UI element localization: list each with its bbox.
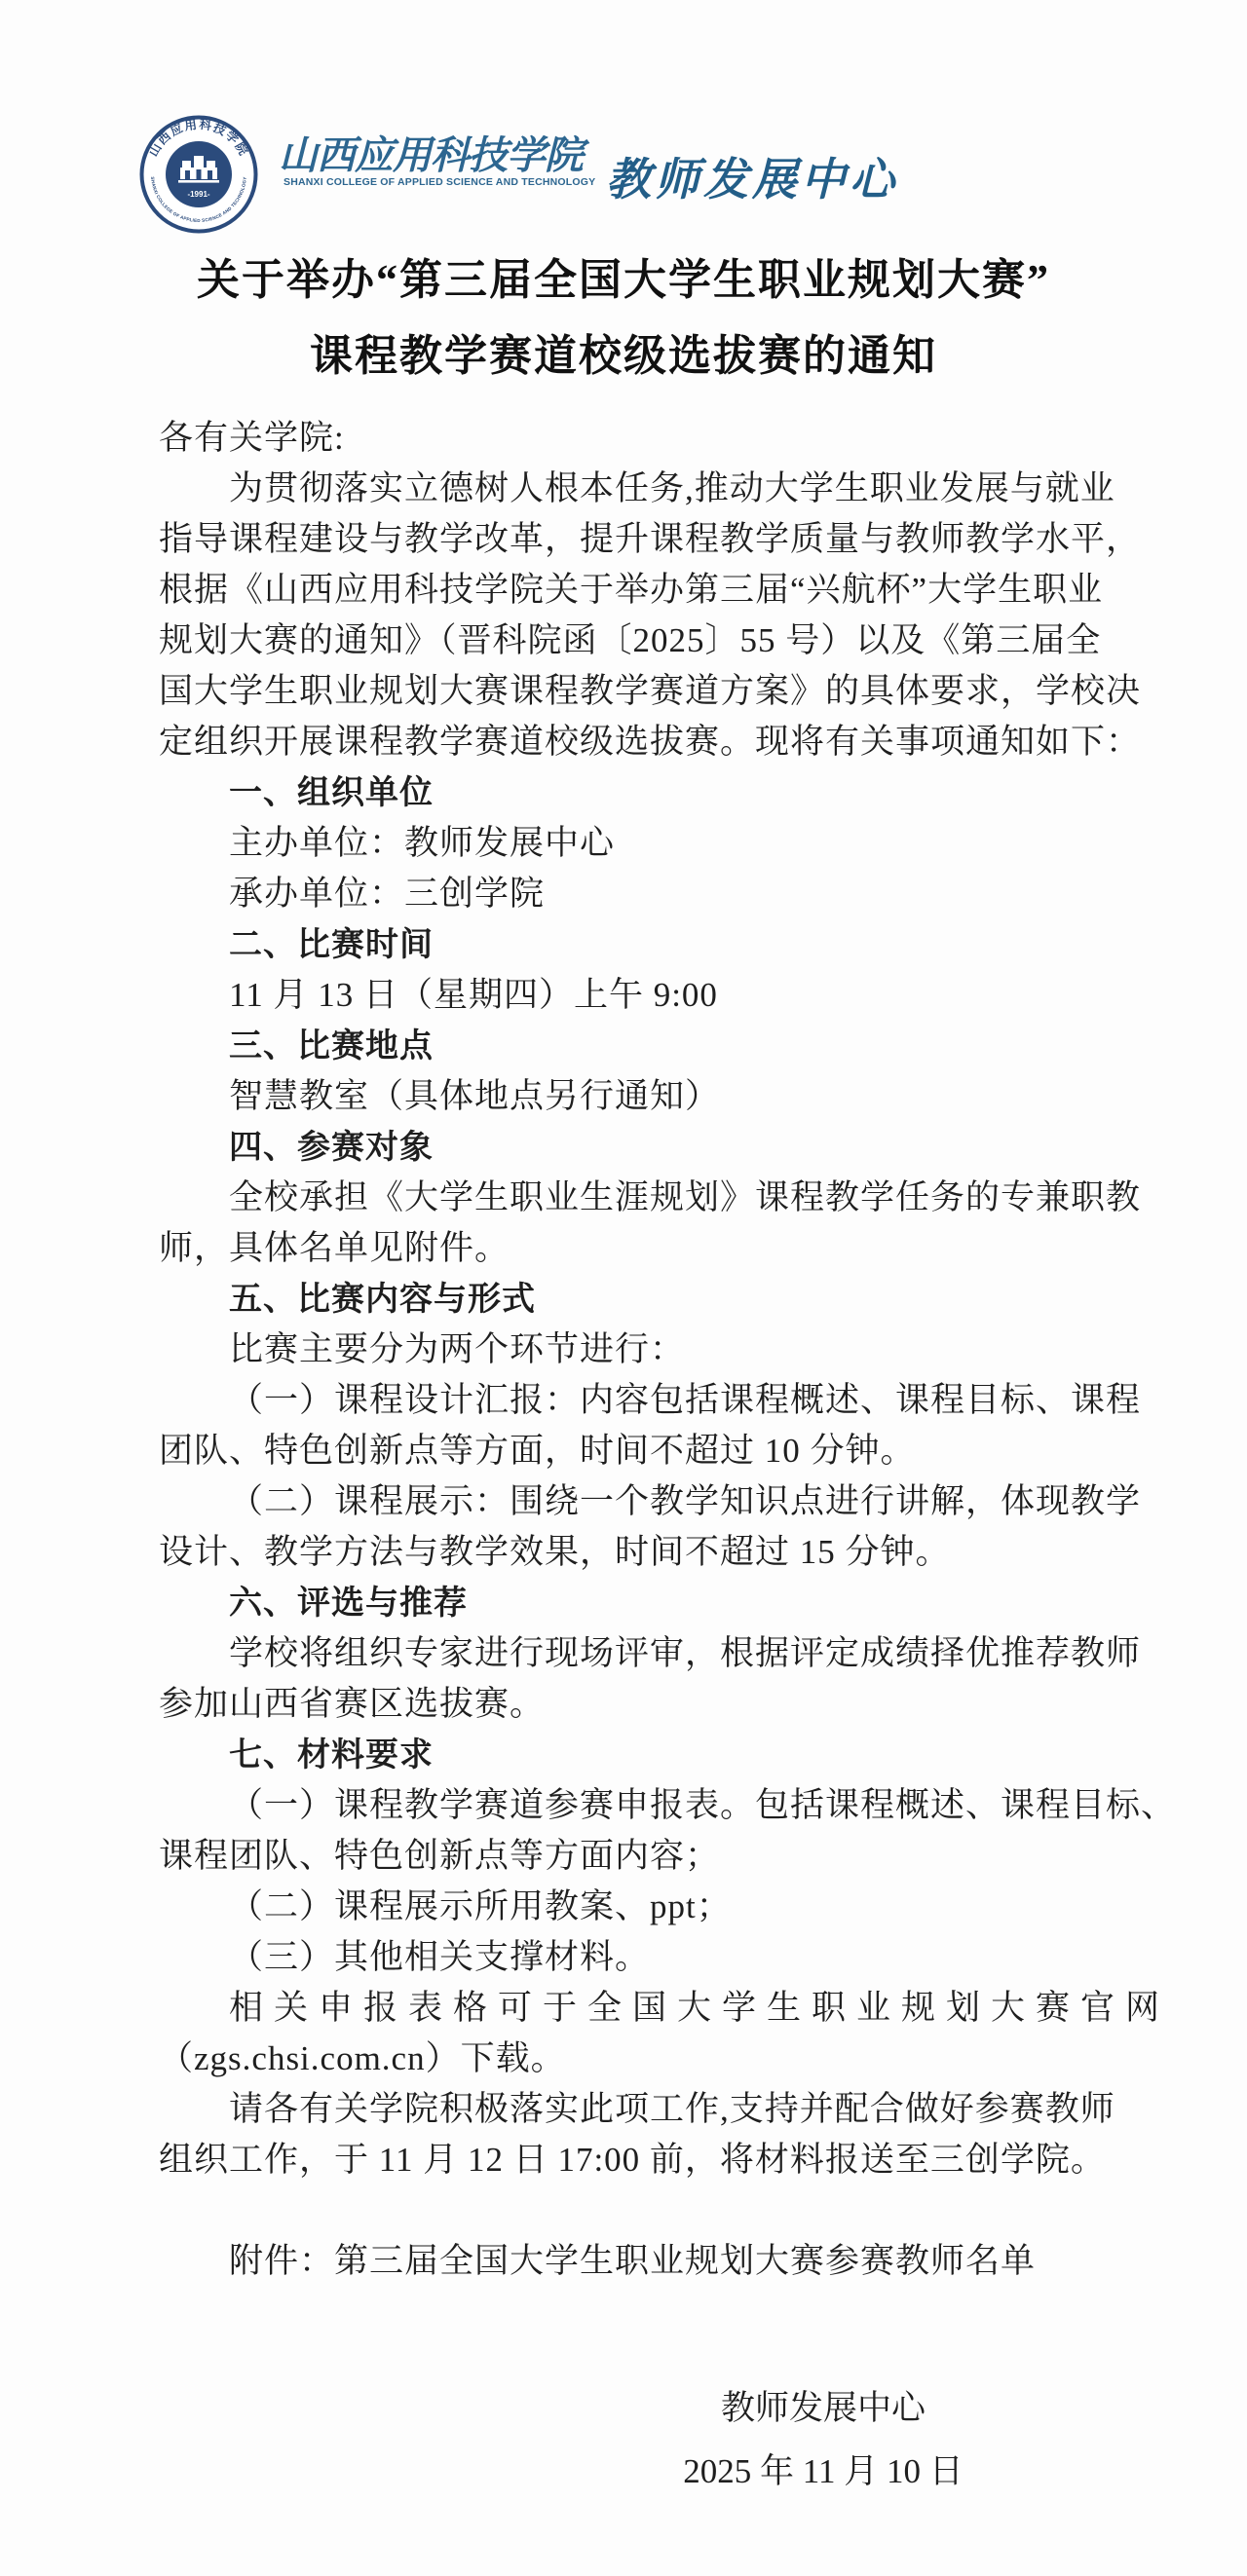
body-line: 全校承担《大学生职业生涯规划》课程教学任务的专兼职教 bbox=[159, 1173, 1162, 1223]
section-heading: 六、评选与推荐 bbox=[159, 1578, 1162, 1628]
body-line: 相关申报表格可于全国大学生职业规划大赛官网 bbox=[159, 1983, 1162, 2034]
school-name-calligraphy: 山西应用科技学院 bbox=[279, 125, 590, 180]
signature-org: 教师发展中心 bbox=[628, 2376, 1018, 2440]
document-page: 山西应用科技学院 SHANXI COLLEGE OF APPLIED SCIEN… bbox=[0, 0, 1247, 2576]
body-line: 各有关学院: bbox=[159, 413, 1162, 464]
school-seal-icon: 山西应用科技学院 SHANXI COLLEGE OF APPLIED SCIEN… bbox=[138, 114, 259, 235]
body-line: 定组织开展课程教学赛道校级选拔赛。现将有关事项通知如下： bbox=[159, 717, 1162, 767]
body-line: 请各有关学院积极落实此项工作,支持并配合做好参赛教师 bbox=[159, 2084, 1162, 2135]
notice-body: 各有关学院:为贯彻落实立德树人根本任务,推动大学生职业发展与就业指导课程建设与教… bbox=[159, 413, 1162, 2287]
body-line: 组织工作，于 11 月 12 日 17:00 前，将材料报送至三创学院。 bbox=[159, 2135, 1162, 2185]
body-line: 师，具体名单见附件。 bbox=[159, 1223, 1162, 1274]
section-heading: 一、组织单位 bbox=[159, 767, 1162, 818]
body-line: 指导课程建设与教学改革，提升课程教学质量与教师教学水平， bbox=[159, 514, 1162, 565]
section-heading: 二、比赛时间 bbox=[159, 919, 1162, 970]
document-title-line1: 关于举办“第三届全国大学生职业规划大赛” bbox=[0, 243, 1247, 318]
signature-date: 2025 年 11 月 10 日 bbox=[628, 2440, 1018, 2503]
signature-block: 教师发展中心 2025 年 11 月 10 日 bbox=[628, 2376, 1018, 2503]
body-line: 11 月 13 日（星期四）上午 9:00 bbox=[159, 970, 1162, 1021]
body-line: 根据《山西应用科技学院关于举办第三届“兴航杯”大学生职业 bbox=[159, 565, 1162, 616]
document-title: 关于举办“第三届全国大学生职业规划大赛” 课程教学赛道校级选拔赛的通知 bbox=[0, 243, 1247, 394]
body-line: 附件：第三届全国大学生职业规划大赛参赛教师名单 bbox=[159, 2236, 1162, 2287]
body-line: 课程团队、特色创新点等方面内容； bbox=[159, 1831, 1162, 1882]
school-name-english: SHANXI COLLEGE OF APPLIED SCIENCE AND TE… bbox=[283, 176, 595, 188]
body-line: 承办单位：三创学院 bbox=[159, 869, 1162, 919]
section-heading: 五、比赛内容与形式 bbox=[159, 1274, 1162, 1325]
body-line: 参加山西省赛区选拔赛。 bbox=[159, 1679, 1162, 1730]
body-line: 智慧教室（具体地点另行通知） bbox=[159, 1071, 1162, 1122]
body-line: 规划大赛的通知》（晋科院函〔2025〕55 号）以及《第三届全 bbox=[159, 616, 1162, 666]
document-title-line2: 课程教学赛道校级选拔赛的通知 bbox=[0, 318, 1247, 394]
letterhead: 山西应用科技学院 SHANXI COLLEGE OF APPLIED SCIEN… bbox=[0, 0, 1247, 243]
body-line: 为贯彻落实立德树人根本任务,推动大学生职业发展与就业 bbox=[159, 464, 1162, 514]
body-line: 比赛主要分为两个环节进行： bbox=[159, 1325, 1162, 1375]
section-heading: 七、材料要求 bbox=[159, 1730, 1162, 1780]
body-line bbox=[159, 2185, 1162, 2236]
section-heading: 三、比赛地点 bbox=[159, 1021, 1162, 1071]
section-heading: 四、参赛对象 bbox=[159, 1122, 1162, 1173]
body-line: 主办单位：教师发展中心 bbox=[159, 818, 1162, 869]
body-line: （二）课程展示所用教案、ppt； bbox=[159, 1882, 1162, 1932]
body-line: （一）课程设计汇报：内容包括课程概述、课程目标、课程 bbox=[159, 1375, 1162, 1426]
body-line: （三）其他相关支撑材料。 bbox=[159, 1932, 1162, 1983]
body-line: 国大学生职业规划大赛课程教学赛道方案》的具体要求，学校决 bbox=[159, 666, 1162, 717]
body-line: （二）课程展示：围绕一个教学知识点进行讲解，体现教学 bbox=[159, 1476, 1162, 1527]
department-name-calligraphy: 教师发展中心 bbox=[606, 144, 898, 208]
body-line: 设计、教学方法与教学效果，时间不超过 15 分钟。 bbox=[159, 1527, 1162, 1578]
seal-year-text: -1991- bbox=[187, 190, 209, 199]
body-line: （一）课程教学赛道参赛申报表。包括课程概述、课程目标、 bbox=[159, 1780, 1162, 1831]
body-line: 团队、特色创新点等方面，时间不超过 10 分钟。 bbox=[159, 1426, 1162, 1476]
body-line: （zgs.chsi.com.cn）下载。 bbox=[159, 2034, 1162, 2084]
body-line: 学校将组织专家进行现场评审，根据评定成绩择优推荐教师 bbox=[159, 1628, 1162, 1679]
